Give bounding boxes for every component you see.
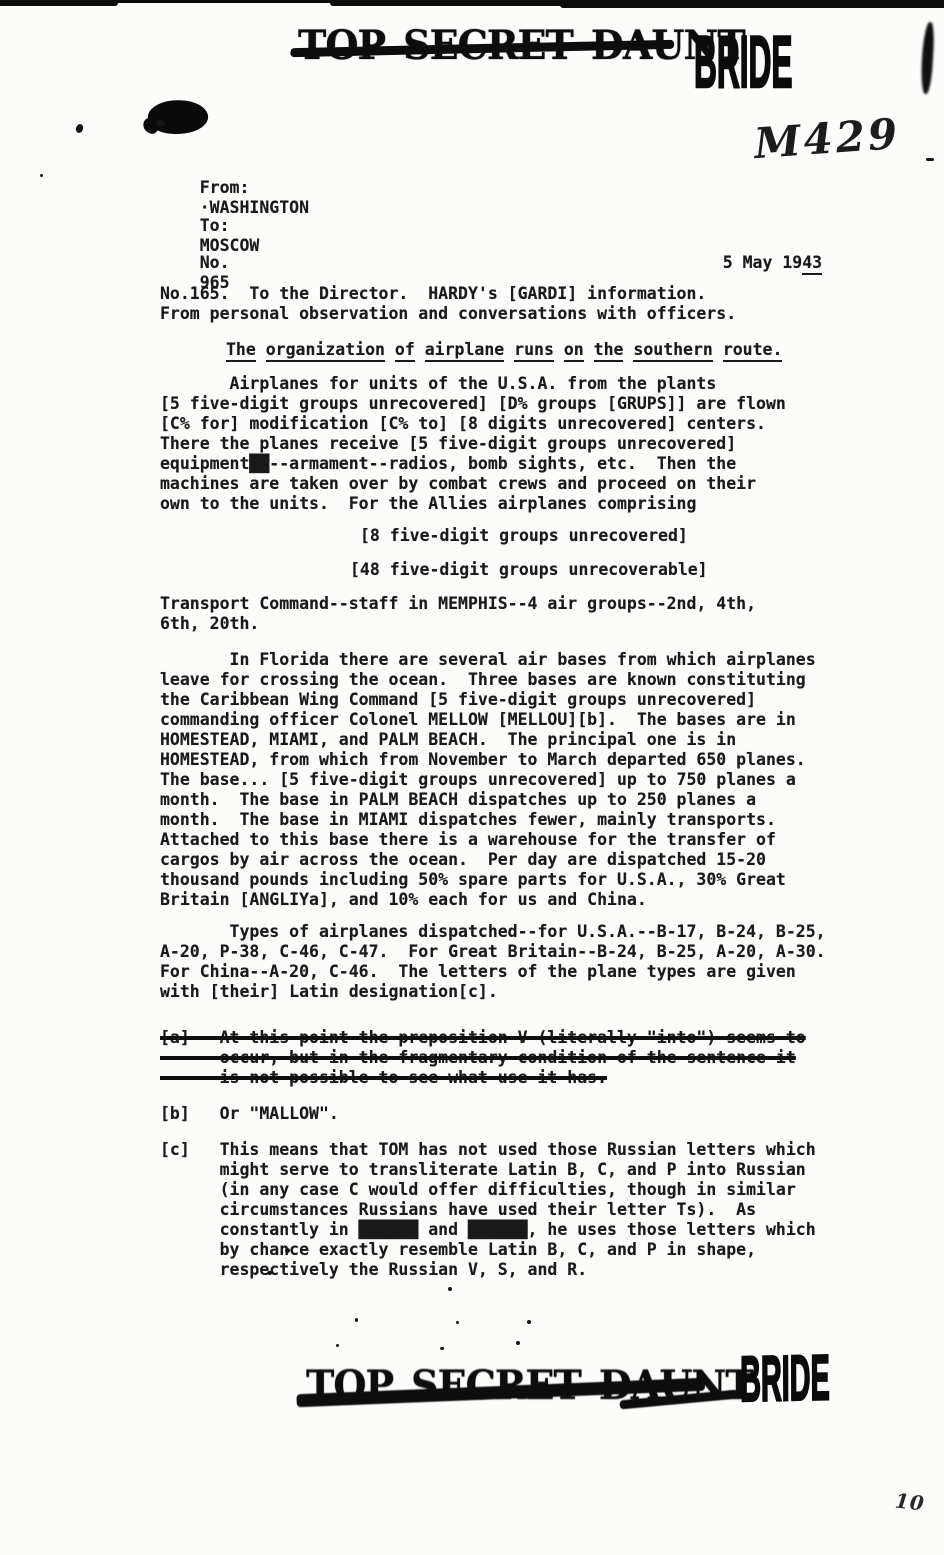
handwritten-note: M429 — [752, 109, 901, 168]
ink-speck — [516, 1341, 520, 1345]
ink-speck — [440, 1347, 444, 1350]
paragraph-airplanes: Airplanes for units of the U.S.A. from t… — [160, 374, 860, 514]
ink-speck — [926, 158, 934, 161]
ink-speck — [40, 174, 43, 177]
footnote-a-struck: [a] At this point the preposition V (lit… — [160, 1028, 860, 1088]
bride-stamp-bottom: BRIDE — [740, 1345, 830, 1411]
scan-edge-line — [560, 0, 944, 8]
heading-word: the — [594, 340, 624, 362]
subject-heading: The organization of airplane runs on the… — [160, 340, 860, 360]
heading-word: The — [226, 340, 256, 362]
paragraph-florida-bases: In Florida there are several air bases f… — [160, 650, 860, 910]
unrecoverable-groups-line: [48 five-digit groups unrecoverable] — [160, 560, 860, 580]
paragraph-transport-command: Transport Command--staff in MEMPHIS--4 a… — [160, 594, 860, 634]
from-label: From: — [200, 178, 258, 198]
ink-speck — [267, 1271, 272, 1275]
paragraph-airplane-types: Types of airplanes dispatched--for U.S.A… — [160, 922, 860, 1002]
ink-speck — [156, 120, 165, 127]
scan-edge-line — [0, 0, 118, 6]
date-prefix: 5 May 19 — [723, 253, 802, 272]
number-label: No. — [200, 253, 258, 273]
ink-speck — [456, 1321, 459, 1324]
ink-speck — [355, 1318, 358, 1322]
heading-word: on — [564, 340, 584, 362]
heading-word: of — [395, 340, 415, 362]
document-body: No.165. To the Director. HARDY's [GARDI]… — [160, 284, 860, 1280]
document-page: TOP SECRET DAUNT BRIDE M429 From: ·WASHI… — [0, 0, 944, 1555]
scan-edge-line — [330, 0, 565, 6]
ink-speck — [336, 1344, 339, 1347]
unrecovered-groups-line: [8 five-digit groups unrecovered] — [160, 526, 860, 546]
ink-speck — [285, 1248, 290, 1253]
ink-speck — [448, 1287, 452, 1291]
reference-lines: No.165. To the Director. HARDY's [GARDI]… — [160, 284, 860, 324]
bride-stamp-top: BRIDE — [694, 26, 793, 99]
heading-word: airplane — [425, 340, 504, 362]
heading-word: organization — [266, 340, 385, 362]
footnote-c: [c] This means that TOM has not used tho… — [160, 1140, 860, 1280]
bottom-classification-stamp: TOP SECRET DAUNT — [306, 1366, 753, 1406]
handwritten-page-number: 10 — [894, 1489, 926, 1516]
ink-speck — [527, 1320, 531, 1324]
heading-word: runs — [514, 340, 554, 362]
footnote-b: [b] Or "MALLOW". — [160, 1104, 860, 1124]
date-underlined-digits: 43 — [802, 253, 822, 275]
heading-word: route. — [723, 340, 783, 362]
ink-speck — [75, 123, 85, 134]
scan-smudge — [920, 22, 935, 94]
heading-word: southern — [633, 340, 712, 362]
top-classification-stamp: TOP SECRET DAUNT — [298, 26, 745, 66]
